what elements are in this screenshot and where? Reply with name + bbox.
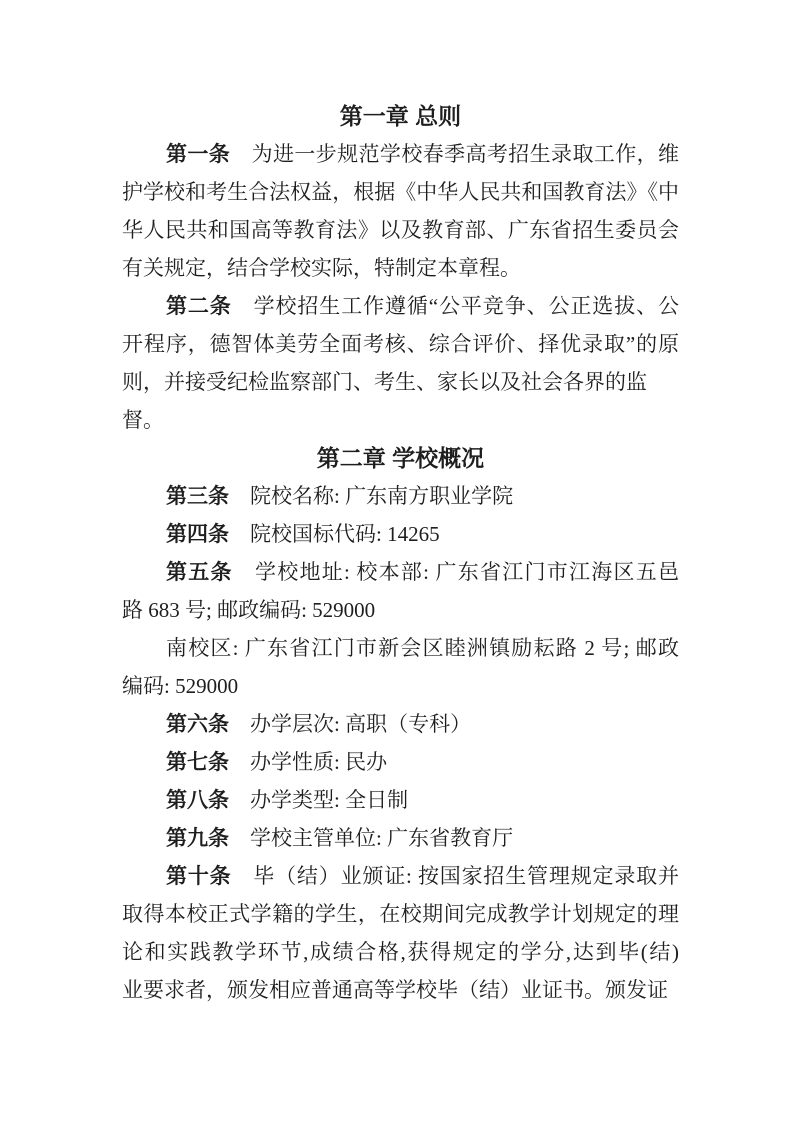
chapter-heading: 第一章 总则 <box>122 97 679 135</box>
article-number: 第七条 <box>166 750 229 774</box>
line-text: 学校地址: 校本部: 广东省江门市江海区五邑 <box>254 560 679 584</box>
line-text: 毕（结）业颁证: 按国家招生管理规定录取并 <box>252 864 679 888</box>
line-text: 业要求者，颁发相应普通高等学校毕（结）业证书。颁发证 <box>122 978 668 1002</box>
line-text: 论和实践教学环节,成绩合格,获得规定的学分,达到毕(结) <box>122 940 679 964</box>
paragraph-line: 第二条学校招生工作遵循“公平竞争、公正选拔、公 <box>122 287 679 325</box>
line-text: 路 683 号; 邮政编码: 529000 <box>122 598 375 622</box>
article-number: 第四条 <box>166 522 229 546</box>
article-number: 第三条 <box>166 484 229 508</box>
document-content: 第一章 总则第一条为进一步规范学校春季高考招生录取工作，维护学校和考生合法权益，… <box>0 0 800 1009</box>
paragraph-line: 第六条办学层次: 高职（专科） <box>122 705 679 743</box>
paragraph-line: 第八条办学类型: 全日制 <box>122 781 679 819</box>
paragraph-line: 则，并接受纪检监察部门、考生、家长以及社会各界的监督。 <box>122 363 679 401</box>
line-text: 办学层次: 高职（专科） <box>250 712 471 736</box>
article-number: 第八条 <box>166 788 229 812</box>
line-text: 办学性质: 民办 <box>250 750 387 774</box>
paragraph-line: 第四条院校国标代码: 14265 <box>122 515 679 553</box>
paragraph-line: 华人民共和国高等教育法》以及教育部、广东省招生委员会 <box>122 211 679 249</box>
paragraph-line: 编码: 529000 <box>122 667 679 705</box>
paragraph-line: 第三条院校名称: 广东南方职业学院 <box>122 477 679 515</box>
line-text: 编码: 529000 <box>122 674 238 698</box>
paragraph-line: 开程序，德智体美劳全面考核、综合评价、择优录取”的原 <box>122 325 679 363</box>
line-text: 学校主管单位: 广东省教育厅 <box>250 826 513 850</box>
paragraph-line: 南校区: 广东省江门市新会区睦洲镇励耘路 2 号; 邮政 <box>122 629 679 667</box>
line-text: 学校招生工作遵循“公平竞争、公正选拔、公 <box>253 294 679 318</box>
article-number: 第十条 <box>166 864 231 888</box>
document-page: 第一章 总则第一条为进一步规范学校春季高考招生录取工作，维护学校和考生合法权益，… <box>0 0 800 1131</box>
paragraph-line: 护学校和考生合法权益，根据《中华人民共和国教育法》《中 <box>122 173 679 211</box>
paragraph-line: 第九条学校主管单位: 广东省教育厅 <box>122 819 679 857</box>
line-text: 护学校和考生合法权益，根据《中华人民共和国教育法》《中 <box>122 180 679 204</box>
paragraph-line: 有关规定，结合学校实际，特制定本章程。 <box>122 249 679 287</box>
article-number: 第六条 <box>166 712 229 736</box>
article-number: 第五条 <box>166 560 233 584</box>
line-text: 则，并接受纪检监察部门、考生、家长以及社会各界的监督。 <box>122 370 647 432</box>
line-text: 院校名称: 广东南方职业学院 <box>250 484 513 508</box>
paragraph-line: 第十条毕（结）业颁证: 按国家招生管理规定录取并 <box>122 857 679 895</box>
paragraph-line: 取得本校正式学籍的学生，在校期间完成教学计划规定的理 <box>122 895 679 933</box>
article-number: 第一条 <box>166 142 230 166</box>
line-text: 办学类型: 全日制 <box>250 788 408 812</box>
paragraph-line: 论和实践教学环节,成绩合格,获得规定的学分,达到毕(结) <box>122 933 679 971</box>
line-text: 华人民共和国高等教育法》以及教育部、广东省招生委员会 <box>122 218 679 242</box>
line-text: 为进一步规范学校春季高考招生录取工作，维 <box>251 142 679 166</box>
line-text: 有关规定，结合学校实际，特制定本章程。 <box>122 256 521 280</box>
line-text: 院校国标代码: 14265 <box>250 522 440 546</box>
paragraph-line: 业要求者，颁发相应普通高等学校毕（结）业证书。颁发证 <box>122 971 679 1009</box>
chapter-heading: 第二章 学校概况 <box>122 439 679 477</box>
article-number: 第九条 <box>166 826 229 850</box>
line-text: 取得本校正式学籍的学生，在校期间完成教学计划规定的理 <box>122 902 679 926</box>
paragraph-line: 路 683 号; 邮政编码: 529000 <box>122 591 679 629</box>
paragraph-line: 第一条为进一步规范学校春季高考招生录取工作，维 <box>122 135 679 173</box>
paragraph-line: 第五条学校地址: 校本部: 广东省江门市江海区五邑 <box>122 553 679 591</box>
line-text: 南校区: 广东省江门市新会区睦洲镇励耘路 2 号; 邮政 <box>166 636 679 660</box>
paragraph-line: 第七条办学性质: 民办 <box>122 743 679 781</box>
article-number: 第二条 <box>166 294 232 318</box>
line-text: 开程序，德智体美劳全面考核、综合评价、择优录取”的原 <box>122 332 679 356</box>
